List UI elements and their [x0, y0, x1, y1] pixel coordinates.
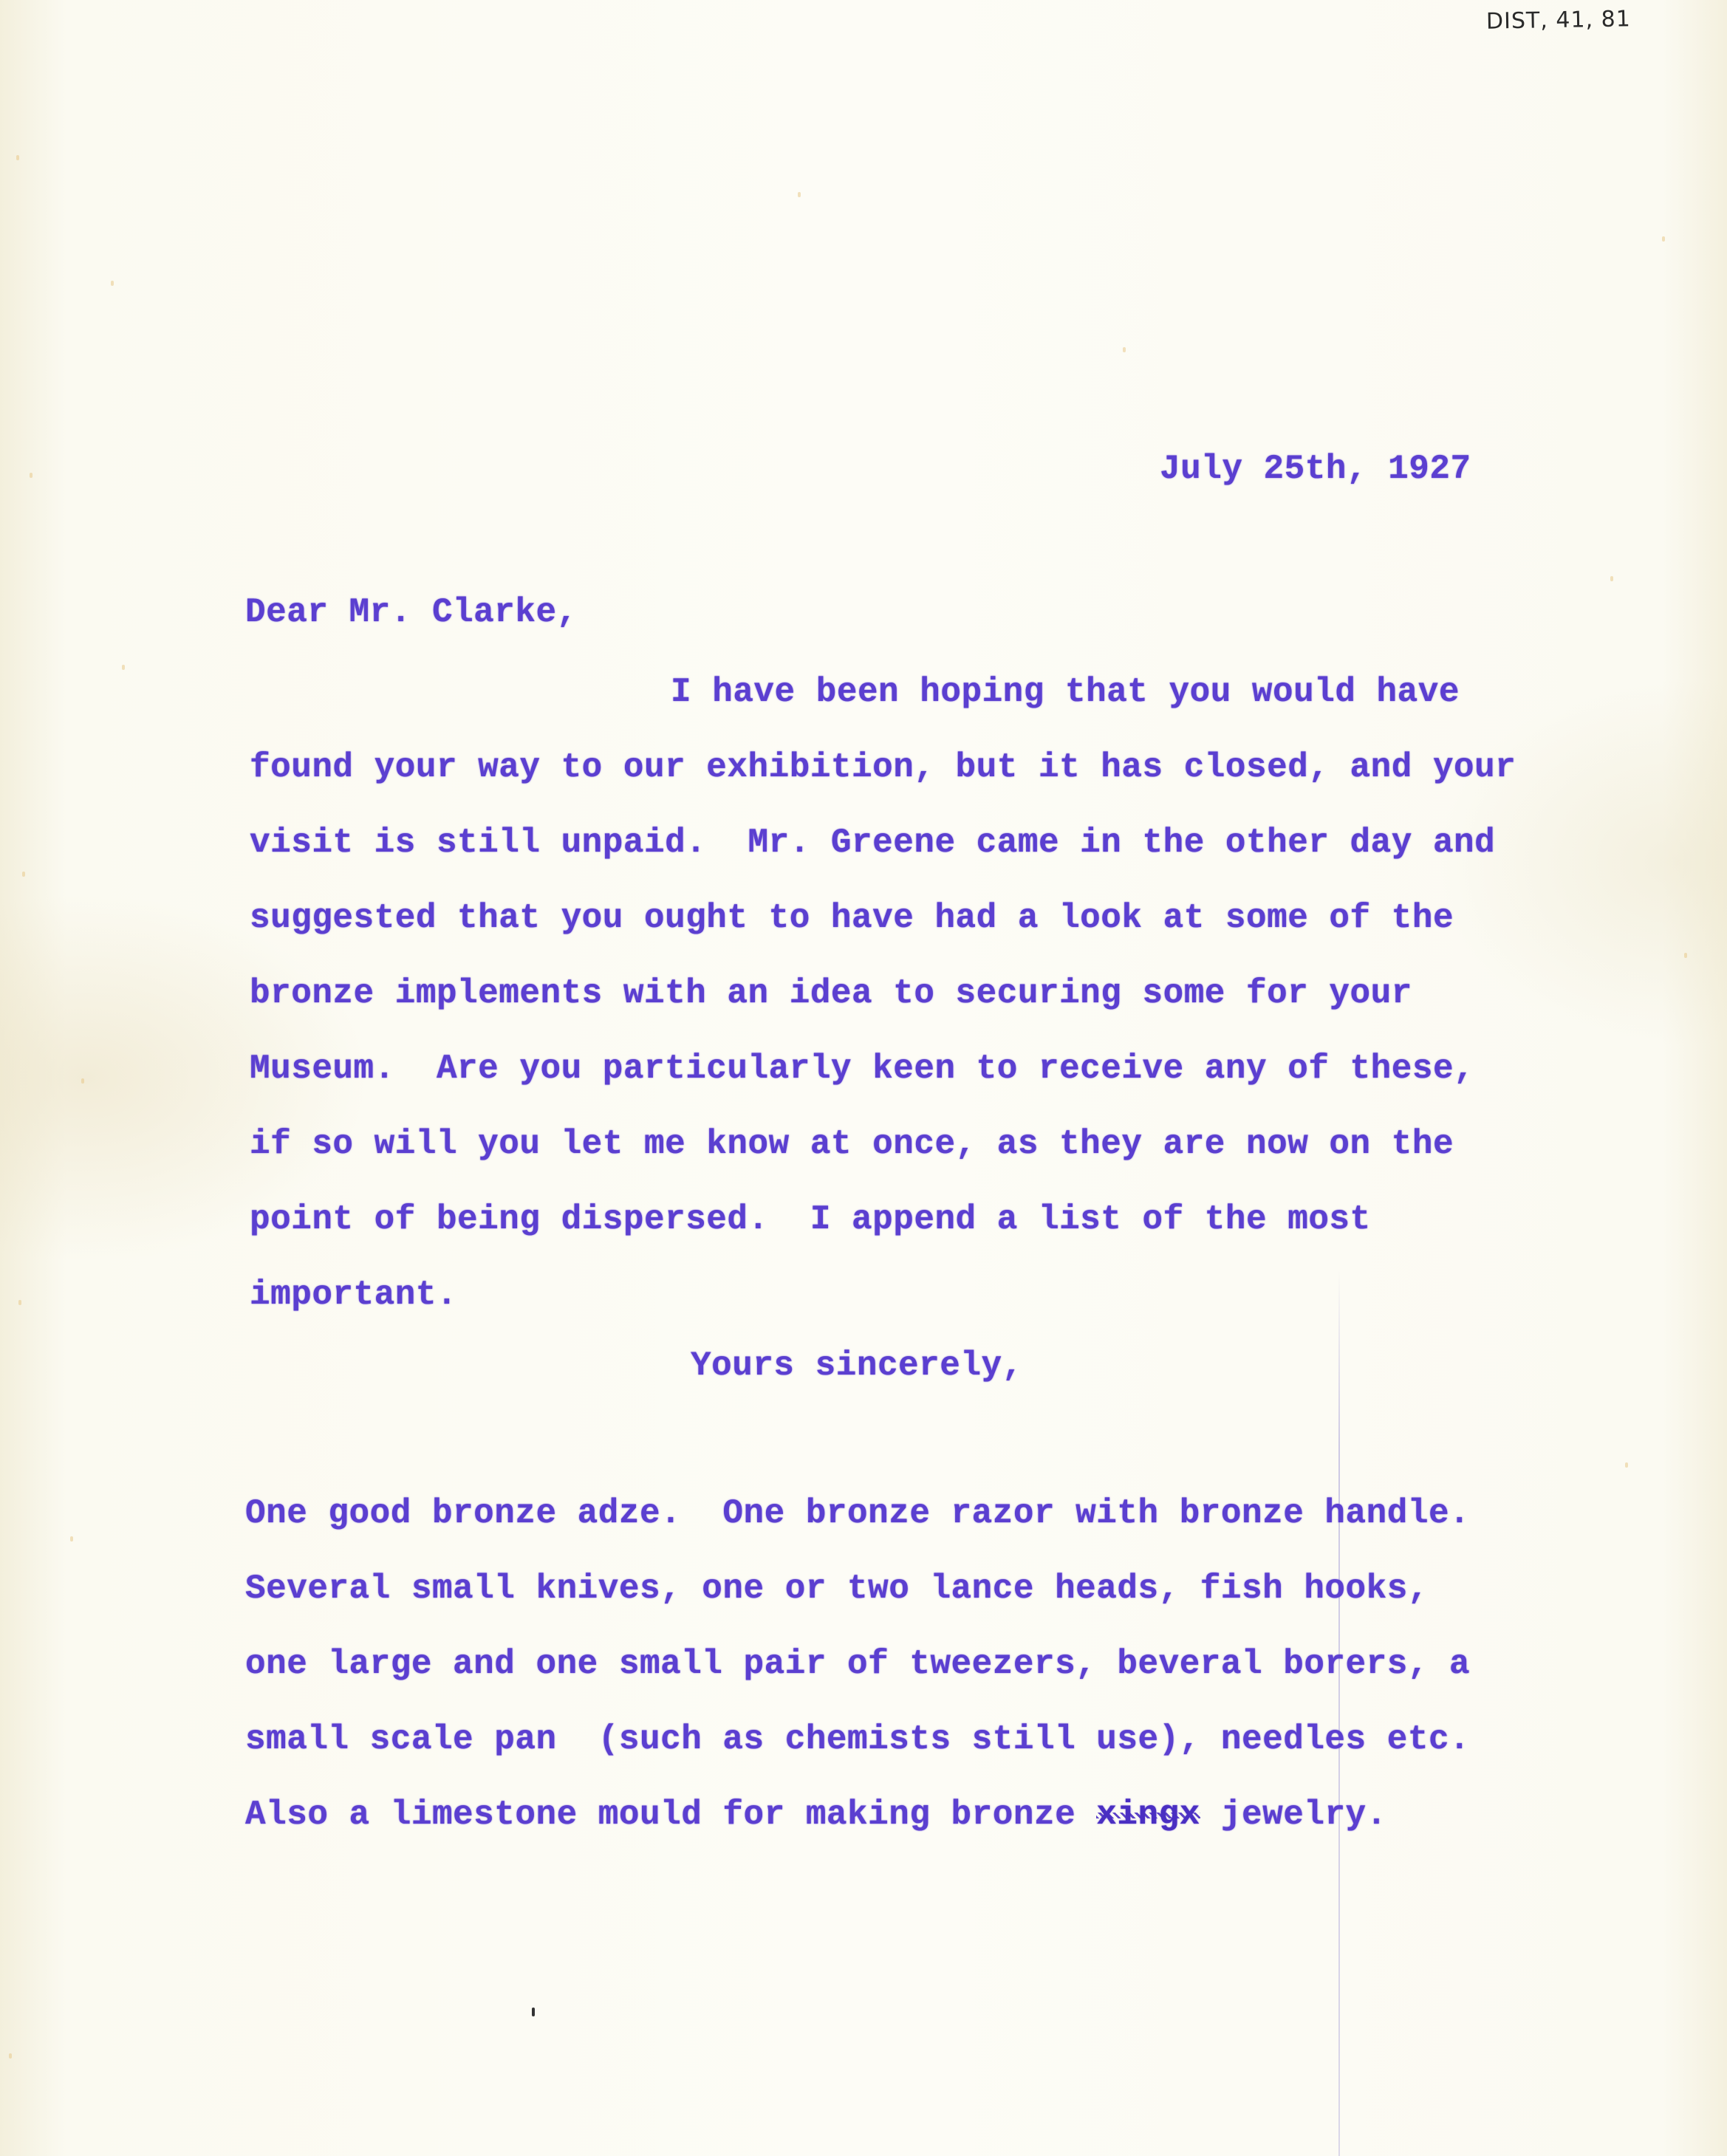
paper-speck — [81, 1078, 84, 1084]
body-line: Museum. Are you particularly keen to rec… — [250, 1052, 1474, 1086]
paper-speck — [70, 1536, 73, 1541]
list-line: small scale pan (such as chemists still … — [245, 1722, 1470, 1756]
list-line: Also a limestone mould for making bronze… — [245, 1798, 1387, 1832]
paper-speck — [1662, 236, 1665, 242]
paper-speck — [798, 192, 801, 197]
paper-speck — [9, 2053, 12, 2059]
paper-speck — [16, 155, 19, 160]
list-line-end: jewelry. — [1200, 1796, 1387, 1834]
paper-speck — [22, 872, 25, 877]
letter-page: DIST, 41, 81 July 25th, 1927 Dear Mr. Cl… — [0, 0, 1727, 2156]
body-line: if so will you let me know at once, as t… — [250, 1127, 1454, 1161]
struck-out-word: xingx — [1096, 1796, 1200, 1834]
list-line: Several small knives, one or two lance h… — [245, 1572, 1429, 1606]
paper-speck — [1610, 576, 1613, 581]
body-line: I have been hoping that you would have — [671, 675, 1460, 709]
paper-speck — [18, 1300, 21, 1305]
body-line: suggested that you ought to have had a l… — [250, 901, 1454, 935]
closing: Yours sincerely, — [691, 1349, 1023, 1383]
ink-mark — [532, 2008, 535, 2016]
paper-speck — [122, 665, 125, 670]
paper-fold-line — [1338, 1270, 1340, 2156]
list-line: one large and one small pair of tweezers… — [245, 1647, 1470, 1681]
body-line: visit is still unpaid. Mr. Greene came i… — [250, 826, 1495, 860]
body-line: bronze implements with an idea to securi… — [250, 976, 1412, 1010]
salutation: Dear Mr. Clarke, — [245, 595, 578, 629]
body-line: important. — [250, 1278, 457, 1312]
paper-speck — [1123, 347, 1126, 352]
paper-speck — [1684, 953, 1687, 958]
archive-reference-note: DIST, 41, 81 — [1486, 6, 1631, 34]
paper-speck — [111, 281, 114, 286]
paper-speck — [1625, 1462, 1628, 1468]
letter-date: July 25th, 1927 — [1160, 452, 1471, 486]
body-line: point of being dispersed. I append a lis… — [250, 1202, 1371, 1236]
list-line: One good bronze adze. One bronze razor w… — [245, 1496, 1470, 1530]
paper-speck — [30, 473, 33, 478]
list-line-start: Also a limestone mould for making bronze — [245, 1796, 1096, 1834]
body-line: found your way to our exhibition, but it… — [250, 750, 1516, 784]
